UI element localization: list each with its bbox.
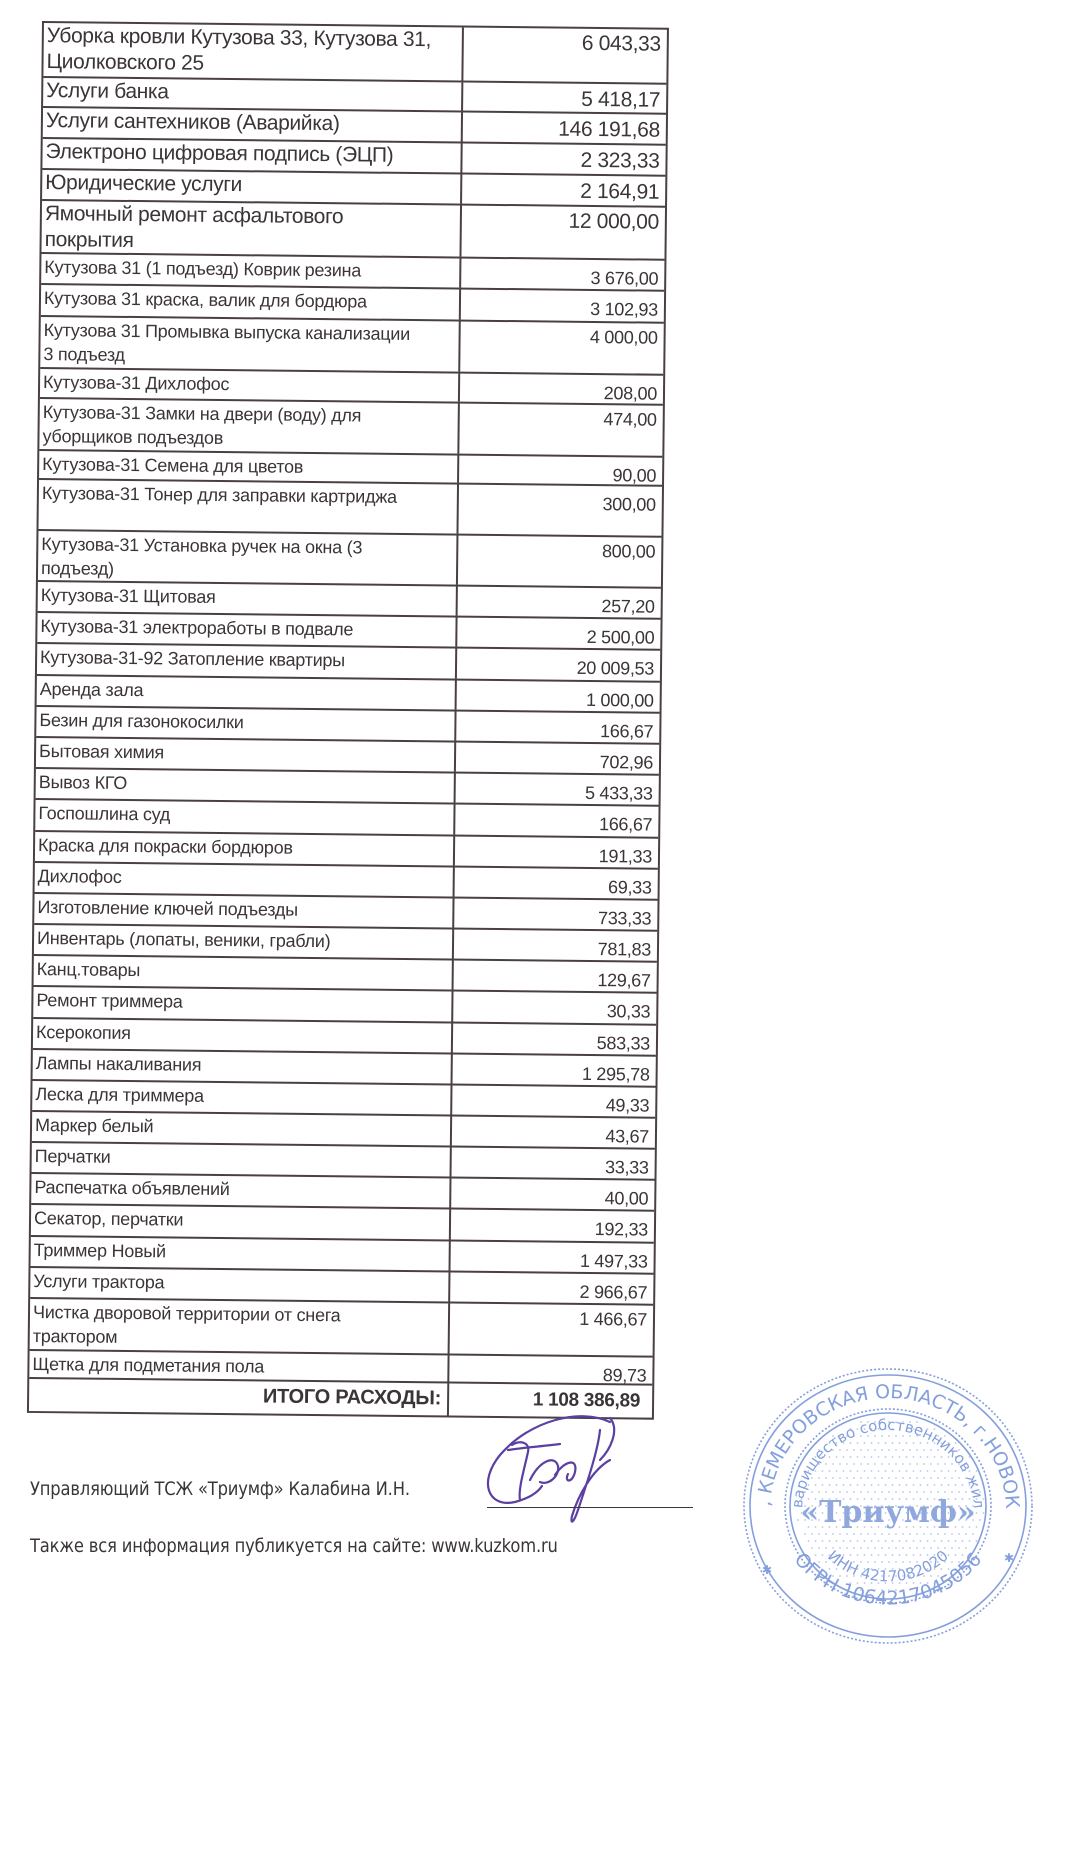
expense-label: Ксерокопия <box>33 1019 453 1053</box>
expense-amount: 6 043,33 <box>463 28 667 83</box>
expense-amount: 2 164,91 <box>462 175 665 206</box>
expense-amount: 2 500,00 <box>457 618 660 649</box>
expense-amount: 166,67 <box>456 711 659 742</box>
expense-label: Вывоз КГО <box>36 769 456 803</box>
expense-label: Изготовление ключей подъезды <box>34 894 454 928</box>
expense-label: Кутузова-31 Замки на двери (воду) для уб… <box>39 399 460 454</box>
expense-amount: 30,33 <box>453 992 656 1023</box>
handwritten-signature <box>460 1400 660 1530</box>
signature-caption: Управляющий ТСЖ «Триумф» Калабина И.Н. <box>30 1478 410 1500</box>
expense-amount: 5 418,17 <box>463 83 666 113</box>
expense-label: Секатор, перчатки <box>31 1205 451 1240</box>
expense-amount: 129,67 <box>454 961 657 992</box>
table-row: Кутузова-31 Замки на двери (воду) для уб… <box>39 399 663 458</box>
expense-label: Инвентарь (лопаты, веники, грабли) <box>34 925 454 959</box>
organization-stamp: РОССИЯ, КЕМЕРОВСКАЯ ОБЛАСТЬ, г.НОВОКУЗНЕ… <box>740 1362 1036 1652</box>
expense-label: Госпошлина суд <box>35 800 455 834</box>
expense-label: Кутузова-31 Щитовая <box>38 582 458 616</box>
expense-label: Юридические услуги <box>42 170 462 204</box>
expense-amount: 300,00 <box>458 485 662 536</box>
expense-label: Краска для покраски бордюров <box>35 831 455 865</box>
expense-label: Распечатка объявлений <box>31 1174 451 1208</box>
expense-amount: 12 000,00 <box>461 206 665 259</box>
signature-underline <box>487 1507 693 1508</box>
stamp-star-icon: ✱ <box>1004 1551 1014 1565</box>
expense-amount: 583,33 <box>453 1023 656 1054</box>
table-row: Чистка дворовой территории от снега трак… <box>30 1299 654 1358</box>
expense-amount: 191,33 <box>455 836 658 867</box>
table-row: Кутузова-31 Установка ручек на окна (3 п… <box>38 531 662 589</box>
expense-amount: 3 676,00 <box>461 259 664 290</box>
expense-amount: 1 497,33 <box>450 1242 653 1273</box>
total-label: ИТОГО РАСХОДЫ: <box>29 1379 449 1416</box>
expense-label: Кутузова-31 Семена для цветов <box>39 451 459 483</box>
expense-amount: 90,00 <box>459 456 662 485</box>
expense-label: Кутузова 31 Промывка выпуска канализации… <box>40 317 461 372</box>
expense-amount: 474,00 <box>459 404 663 456</box>
table-row: Кутузова 31 Промывка выпуска канализации… <box>40 317 664 376</box>
expense-label: Бытовая химия <box>36 738 456 772</box>
expense-label: Ремонт триммера <box>33 987 453 1021</box>
expense-label: Электроно цифровая подпись (ЭЦП) <box>42 139 462 173</box>
expense-label: Аренда зала <box>37 676 457 710</box>
expense-label: Кутузова-31-92 Затопление квартиры <box>37 644 457 678</box>
table-row: Кутузова-31 Тонер для заправки картриджа… <box>38 480 662 538</box>
expense-label: Безин для газонокосилки <box>36 707 456 741</box>
expense-label: Канц.товары <box>34 956 454 990</box>
expense-amount: 1 466,67 <box>450 1304 654 1356</box>
expense-amount: 4 000,00 <box>460 322 664 374</box>
expenses-table: Уборка кровли Кутузова 33, Кутузова 31, … <box>27 21 669 1420</box>
table-row: Ямочный ремонт асфальтового покрытия12 0… <box>41 201 665 261</box>
expense-amount: 3 102,93 <box>461 290 664 322</box>
expense-label: Кутузова 31 краска, валик для бордюра <box>41 285 461 320</box>
website-note: Также вся информация публикуется на сайт… <box>30 1535 558 1557</box>
expense-amount: 1 000,00 <box>457 680 660 711</box>
expense-label: Кутузова 31 (1 подъезд) Коврик резина <box>41 254 461 288</box>
expense-amount: 800,00 <box>458 536 662 587</box>
stamp-center-text: «Триумф» <box>800 1495 975 1530</box>
expense-amount: 2 323,33 <box>462 144 665 175</box>
expense-label: Уборка кровли Кутузова 33, Кутузова 31, … <box>43 23 464 81</box>
expense-label: Кутузова-31 электроработы в подвале <box>37 613 457 647</box>
expense-label: Щетка для подметания пола <box>29 1351 449 1382</box>
expense-amount: 192,33 <box>451 1210 654 1242</box>
expense-amount: 208,00 <box>460 374 663 404</box>
expense-label: Ямочный ремонт асфальтового покрытия <box>42 201 463 257</box>
expense-amount: 20 009,53 <box>457 649 660 680</box>
expense-label: Кутузова-31 Тонер для заправки картриджа <box>39 480 460 534</box>
expense-amount: 33,33 <box>452 1148 655 1179</box>
expense-label: Услуги трактора <box>30 1268 450 1302</box>
expense-label: Услуги банка <box>43 78 463 111</box>
expense-label: Триммер Новый <box>31 1237 451 1271</box>
expense-amount: 49,33 <box>452 1086 655 1117</box>
expense-amount: 43,67 <box>452 1117 655 1148</box>
expense-amount: 40,00 <box>451 1179 654 1210</box>
expense-label: Леска для триммера <box>32 1081 452 1115</box>
stamp-star-icon: ✱ <box>762 1563 772 1577</box>
table-row: Уборка кровли Кутузова 33, Кутузова 31, … <box>43 23 667 85</box>
expense-amount: 257,20 <box>458 587 661 618</box>
expense-amount: 1 295,78 <box>453 1054 656 1085</box>
expense-amount: 781,83 <box>454 930 657 961</box>
expense-amount: 69,33 <box>455 867 658 898</box>
expense-label: Чистка дворовой территории от снега трак… <box>30 1299 451 1354</box>
expense-label: Дихлофос <box>35 863 455 897</box>
expense-amount: 733,33 <box>454 898 657 929</box>
expense-label: Лампы накаливания <box>33 1050 453 1084</box>
expense-label: Перчатки <box>32 1143 452 1177</box>
expense-amount: 5 433,33 <box>456 774 659 805</box>
expense-amount: 146 191,68 <box>463 113 666 144</box>
expense-label: Маркер белый <box>32 1112 452 1146</box>
expense-label: Кутузова-31 Дихлофос <box>40 369 460 402</box>
expense-amount: 89,73 <box>449 1356 652 1384</box>
expense-amount: 2 966,67 <box>450 1273 653 1304</box>
expense-label: Услуги сантехников (Аварийка) <box>43 108 463 142</box>
expense-amount: 702,96 <box>456 742 659 773</box>
expense-amount: 166,67 <box>455 805 658 836</box>
expense-label: Кутузова-31 Установка ручек на окна (3 п… <box>38 531 459 585</box>
